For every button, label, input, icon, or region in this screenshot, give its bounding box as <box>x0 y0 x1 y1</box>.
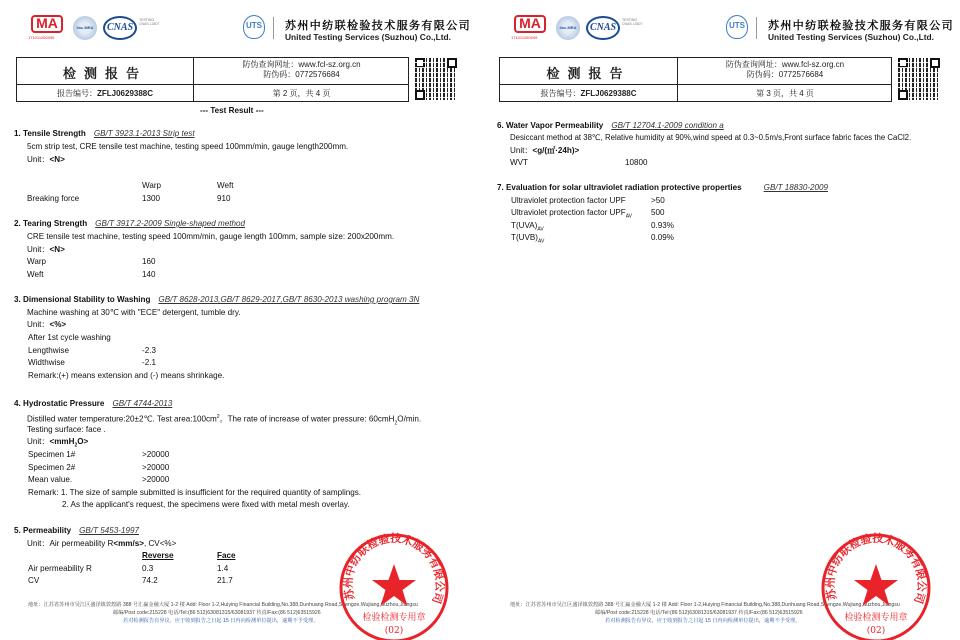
section-5-heading: 5. PermeabilityGB/T 5453-1997 <box>14 526 139 536</box>
section-1-desc: 5cm strip test, CRE tensile test machine… <box>27 142 348 152</box>
section-3-desc: Machine washing at 30℃ with "ECE" deterg… <box>27 308 241 318</box>
report-header-table: 检测报告 报告编号：ZFLJ0629388C 防伪查询网址：www.fcl-sz… <box>16 57 409 102</box>
svg-text:(02): (02) <box>867 625 885 636</box>
report-header-table: 检测报告 报告编号：ZFLJ0629388C 防伪查询网址：www.fcl-sz… <box>499 57 892 102</box>
cnas-logo: CNAS <box>103 16 137 40</box>
specimen-1-value: >20000 <box>142 450 169 460</box>
section-2-heading: 2. Tearing StrengthGB/T 3917.2-2009 Sing… <box>14 219 245 229</box>
lengthwise-value: -2.3 <box>142 346 156 356</box>
section-1-standard: GB/T 3923.1-2013 Strip test <box>94 129 195 138</box>
tear-weft-value: 140 <box>142 270 156 280</box>
section-5-unit: Unit：Air permeability R<mm/s>, CV<%> <box>27 539 176 549</box>
section-7-standard: GB/T 18830-2009 <box>764 183 828 192</box>
col-face: Face <box>217 551 235 561</box>
verify-url-link[interactable]: www.fcl-sz.org.cn <box>782 60 844 69</box>
company-name-cn: 苏州中纺联检验技术服务有限公司 <box>768 17 954 33</box>
report-page-2: MA 171011260099 ilac-MRA CNAS TESTING CN… <box>0 0 480 640</box>
uts-logo-icon: UTS <box>243 15 265 39</box>
section-5-standard: GB/T 5453-1997 <box>79 526 139 535</box>
section-2-standard: GB/T 3917.2-2009 Single-shaped method <box>95 219 245 228</box>
specimen-2-label: Specimen 2# <box>28 463 75 473</box>
upf-value: >50 <box>651 196 665 206</box>
company-name-en: United Testing Services (Suzhou) Co.,Ltd… <box>285 32 451 42</box>
report-page-3: MA 171011260099 ilac-MRA CNAS TESTING CN… <box>480 0 960 640</box>
section-3-standard: GB/T 8628-2013,GB/T 8629-2017,GB/T 8630-… <box>158 295 419 304</box>
upf-av-value: 500 <box>651 208 665 218</box>
widthwise-value: -2.1 <box>142 358 156 368</box>
tear-warp-value: 160 <box>142 257 156 267</box>
company-seal-stamp: 苏州中纺联检验技术服务有限公司 检验检测专用章 (02) <box>338 532 450 640</box>
widthwise-label: Widthwise <box>28 358 65 368</box>
section-3-unit: Unit：<%> <box>27 320 66 330</box>
page-indicator: 第 3 页，共 4 页 <box>678 88 892 99</box>
wvt-label: WVT <box>510 158 528 168</box>
section-3-subhead: After 1st cycle washing <box>28 333 111 343</box>
section-6-standard: GB/T 12704.1-2009 condition a <box>611 121 724 130</box>
breaking-force-label: Breaking force <box>27 194 79 204</box>
section-1-unit: Unit：<N> <box>27 155 65 165</box>
breaking-force-weft: 910 <box>217 194 231 204</box>
company-name-en: United Testing Services (Suzhou) Co.,Ltd… <box>768 32 934 42</box>
mean-value-label: Mean value. <box>28 475 72 485</box>
tuvb-value: 0.09% <box>651 233 674 243</box>
page-indicator: 第 2 页，共 4 页 <box>194 88 409 99</box>
section-4-remark-2: 2. As the applicant's request, the speci… <box>62 500 350 510</box>
lengthwise-label: Lengthwise <box>28 346 69 356</box>
section-2-unit: Unit：<N> <box>27 245 65 255</box>
tear-warp-label: Warp <box>27 257 46 267</box>
footer-notice: 若对检测报告有异议，应于收到报告之日起 15 日内向检测单位提出，逾期不予受理。 <box>605 618 800 625</box>
footer-notice: 若对检测报告有异议，应于收到报告之日起 15 日内向检测单位提出，逾期不予受理。 <box>123 618 318 625</box>
svg-text:检验检测专用章: 检验检测专用章 <box>844 611 907 623</box>
report-number: 报告编号：ZFLJ0629388C <box>500 88 677 99</box>
svg-text:检验检测专用章: 检验检测专用章 <box>362 611 425 623</box>
tuva-value: 0.93% <box>651 221 674 231</box>
section-1-heading: 1. Tensile StrengthGB/T 3923.1-2013 Stri… <box>14 129 195 139</box>
section-6-desc: Desiccant method at 38℃, Relative humidi… <box>510 133 911 143</box>
svg-text:(02): (02) <box>385 625 403 636</box>
specimen-1-label: Specimen 1# <box>28 450 75 460</box>
tuvb-label: T(UVB)AV <box>511 233 544 247</box>
cma-logo: MA <box>31 15 63 33</box>
breaking-force-warp: 1300 <box>142 194 160 204</box>
cnas-note: TESTING CNAS L3407 <box>622 18 646 26</box>
air-perm-reverse: 0.3 <box>142 564 153 574</box>
cv-label: CV <box>28 576 39 586</box>
verify-info: 防伪查询网址：www.fcl-sz.org.cn 防伪码：0772576684 <box>194 60 409 80</box>
uts-logo-icon: UTS <box>726 15 748 39</box>
section-4-heading: 4. Hydrostatic PressureGB/T 4744-2013 <box>14 399 172 409</box>
upf-av-label: Ultraviolet protection factor UPFAV <box>511 208 632 222</box>
logo-divider <box>756 17 757 39</box>
air-perm-label: Air permeability R <box>28 564 92 574</box>
air-perm-face: 1.4 <box>217 564 228 574</box>
wvt-value: 10800 <box>625 158 648 168</box>
cma-number: 171011260099 <box>28 35 54 40</box>
section-6-heading: 6. Water Vapor PermeabilityGB/T 12704.1-… <box>497 121 724 131</box>
anti-fake-code: 0772576684 <box>295 70 340 79</box>
section-3-heading: 3. Dimensional Stability to WashingGB/T … <box>14 295 419 305</box>
col-reverse: Reverse <box>142 551 174 561</box>
col-weft: Weft <box>217 181 234 191</box>
qr-code[interactable] <box>415 58 457 100</box>
ilac-mra-logo: ilac-MRA <box>73 16 97 40</box>
section-4-surface: Testing surface: face . <box>27 425 106 435</box>
cv-reverse: 74.2 <box>142 576 158 586</box>
ilac-mra-logo: ilac-MRA <box>556 16 580 40</box>
section-6-unit: Unit：<g/(㎡·24h)> <box>510 146 579 156</box>
cnas-logo: CNAS <box>586 16 620 40</box>
cma-number: 171011260099 <box>511 35 537 40</box>
mean-value-value: >20000 <box>142 475 169 485</box>
test-result-heading: --- Test Result --- <box>200 106 264 116</box>
logo-divider <box>273 17 274 39</box>
section-7-heading: 7. Evaluation for solar ultraviolet radi… <box>497 183 828 193</box>
company-seal-stamp: 苏州中纺联检验技术服务有限公司 检验检测专用章 (02) <box>820 532 932 640</box>
company-name-cn: 苏州中纺联检验技术服务有限公司 <box>285 17 471 33</box>
section-4-remark-1: Remark: 1. The size of sample submitted … <box>28 488 361 498</box>
report-title: 检测报告 <box>500 63 677 82</box>
section-3-remark: Remark:(+) means extension and (-) means… <box>28 371 224 381</box>
cv-face: 21.7 <box>217 576 233 586</box>
specimen-2-value: >20000 <box>142 463 169 473</box>
report-title: 检测报告 <box>17 63 193 82</box>
anti-fake-code: 0772576684 <box>779 70 824 79</box>
verify-info: 防伪查询网址：www.fcl-sz.org.cn 防伪码：0772576684 <box>678 60 892 80</box>
qr-code[interactable] <box>898 58 940 100</box>
section-4-standard: GB/T 4744-2013 <box>112 399 172 408</box>
tear-weft-label: Weft <box>27 270 44 280</box>
cma-logo: MA <box>514 15 546 33</box>
upf-label: Ultraviolet protection factor UPF <box>511 196 626 206</box>
section-2-desc: CRE tensile test machine, testing speed … <box>27 232 394 242</box>
verify-url-link[interactable]: www.fcl-sz.org.cn <box>298 60 360 69</box>
col-warp: Warp <box>142 181 161 191</box>
footer-contact: 邮编/Post code:215228 电话/Tel:(86 512)63081… <box>113 610 321 617</box>
report-number: 报告编号：ZFLJ0629388C <box>17 88 193 99</box>
section-4-unit: Unit：<mmH2O> <box>27 437 88 451</box>
footer-contact: 邮编/Post code:215228 电话/Tel:(86 512)63081… <box>595 610 803 617</box>
cnas-note: TESTING CNAS L3407 <box>139 18 163 26</box>
